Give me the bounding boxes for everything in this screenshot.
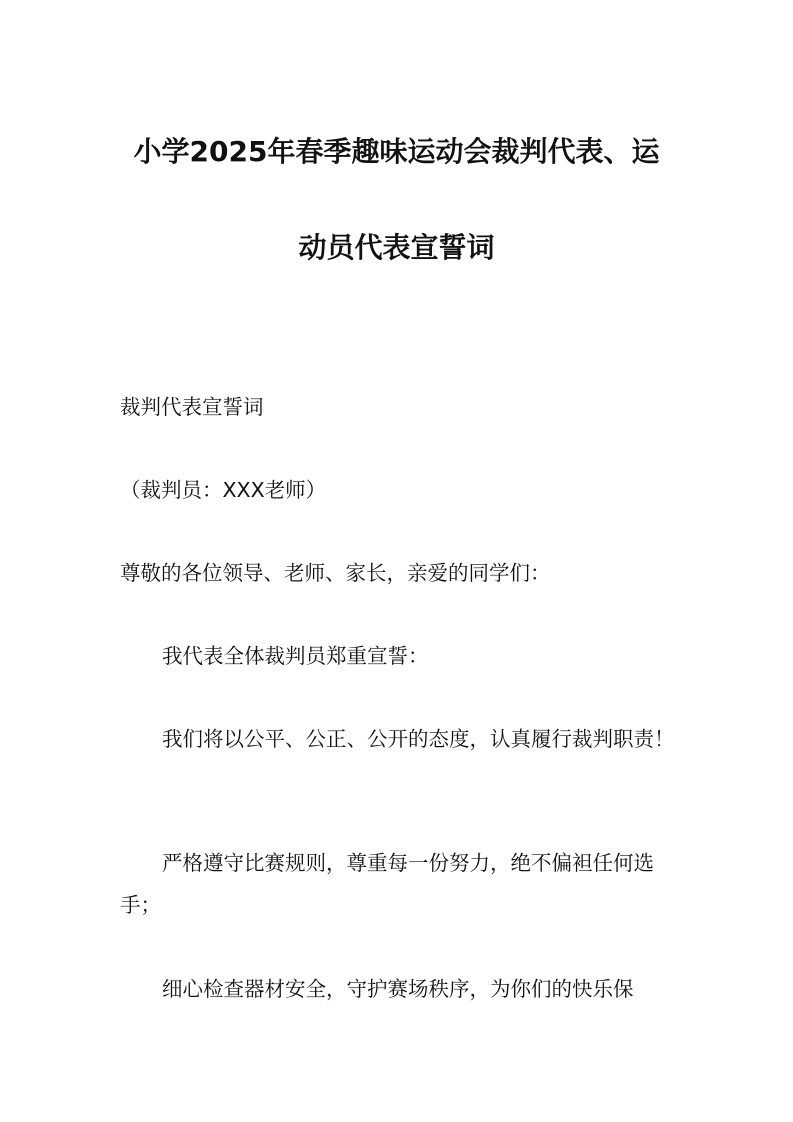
section-heading-referee-oath: 裁判代表宣誓词 — [120, 387, 676, 429]
oath-paragraph-rules: 严格遵守比赛规则，尊重每一份努力，绝不偏袒任何选手； — [120, 843, 676, 926]
referee-name-note: （裁判员：XXX老师） — [120, 470, 676, 512]
document-title-line-1: 小学2025年春季趣味运动会裁判代表、运 — [110, 132, 683, 172]
document-title-line-2: 动员代表宣誓词 — [110, 228, 683, 268]
document-page: 小学2025年春季趣味运动会裁判代表、运 动员代表宣誓词 裁判代表宣誓词 （裁判… — [0, 0, 793, 1122]
oath-paragraph-safety: 细心检查器材安全，守护赛场秩序，为你们的快乐保 — [120, 969, 676, 1011]
oath-intro: 我代表全体裁判员郑重宣誓： — [120, 636, 676, 678]
oath-paragraph-fairness: 我们将以公平、公正、公开的态度，认真履行裁判职责！ — [120, 719, 676, 761]
salutation: 尊敬的各位领导、老师、家长，亲爱的同学们： — [120, 553, 676, 595]
